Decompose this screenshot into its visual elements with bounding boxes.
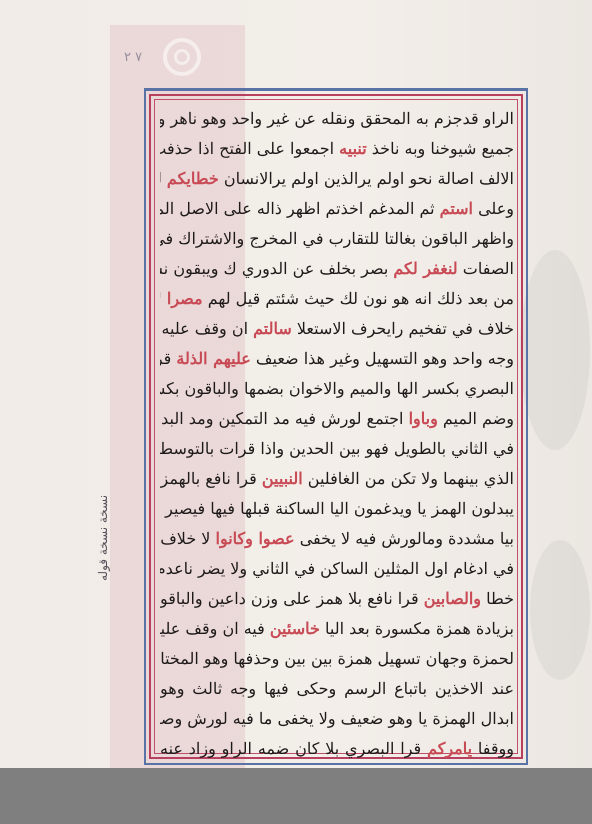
text-line: وعلى استم ثم المدغم اخذتم اظهر ذاله على … <box>160 194 514 224</box>
watermark-logo-icon <box>163 38 201 76</box>
rubric-word: عليهم الذلة <box>176 349 250 368</box>
line-text: بيا مشددة ومالورش فيه لا يخفى <box>300 529 514 548</box>
line-text: فيه ان وقف عليه <box>160 619 265 638</box>
rubric-word: النبيين <box>262 469 303 488</box>
line-text: البصري بكسر الها والميم والاخوان بضمها و… <box>160 379 514 398</box>
line-text: الذي بينهما ولا تكن من الغافلين <box>308 469 514 488</box>
rubric-word: يامركم <box>427 739 472 758</box>
text-line: ووقفا يامركم قرا البصري بلا كان ضمه الرا… <box>160 734 514 764</box>
line-text: الالف اصالة نحو اولم يرالذين اولم يرالان… <box>224 169 514 188</box>
text-line: واظهر الباقون بغالتا للتقارب في المخرج و… <box>160 224 514 254</box>
line-text: وعلى <box>478 199 514 218</box>
line-text: بزيادة همزة مكسورة بعد اليا <box>325 619 514 638</box>
rubric-word: لنغفر لكم <box>393 259 457 278</box>
line-text: قرا نافع بلا همز على وزن داعين والباقون <box>160 589 419 608</box>
text-line: وضم الميم وباوا اجتمع لورش فيه مد التمكي… <box>160 404 514 434</box>
rubric-word: خطايكم <box>167 169 219 188</box>
line-text: الراو قدجزم به المحقق ونقله عن غير واحد … <box>160 109 514 128</box>
line-text: اجمعوا على الفتح اذا حذفت <box>160 139 334 158</box>
line-text: جميع شيوخنا وبه ناخذ <box>372 139 514 158</box>
text-line: وجه واحد وهو التسهيل وغير هذا ضعيف عليهم… <box>160 344 514 374</box>
text-line: ابدال الهمزة يا وهو ضعيف ولا يخفى ما فيه… <box>160 704 514 734</box>
text-line: في ادغام اول المثلين الساكن في الثاني ول… <box>160 554 514 584</box>
text-line: لحمزة وجهان تسهيل همزة بين بين وحذفها وه… <box>160 644 514 674</box>
margin-note: نسخة نسخة قوله <box>96 495 120 625</box>
folio-mark: ٧ ٢ <box>124 50 142 65</box>
line-text: بصر بخلف عن الدوري ك ويبقون نسكم <box>160 259 388 278</box>
manuscript-page: ٧ ٢ الراو قدجزم به المحقق ونقله عن غير و… <box>0 0 592 768</box>
line-text: ثم المدغم اخذتم اظهر ذاله على الاصل المك… <box>160 199 435 218</box>
line-text: لورش <box>160 169 162 188</box>
text-line: البصري بكسر الها والميم والاخوان بضمها و… <box>160 374 514 404</box>
text-line: من بعد ذلك انه هو نون لك حيث شئتم قيل له… <box>160 284 514 314</box>
line-text: وجه واحد وهو التسهيل وغير هذا ضعيف <box>256 349 514 368</box>
rubric-word: عصوا وكانوا <box>216 529 295 548</box>
line-text: يبدلون الهمز يا ويدغمون اليا الساكنة قبل… <box>160 499 514 518</box>
text-line: خلاف في تفخيم رايحرف الاستعلا سالتم ان و… <box>160 314 514 344</box>
text-line: بيا مشددة ومالورش فيه لا يخفى عصوا وكانو… <box>160 524 514 554</box>
line-text: عند الاخذين باتباع الرسم وحكى فيها وجه ث… <box>160 679 514 698</box>
scan-bottom-band <box>0 768 592 824</box>
line-text: ووقفا <box>478 739 514 758</box>
line-text: في الثاني بالطويل فهو بين الحدين واذا قر… <box>160 439 514 458</box>
line-text: الصفات <box>463 259 514 278</box>
line-text: لا <box>160 289 162 308</box>
text-line: الصفات لنغفر لكم بصر بخلف عن الدوري ك وي… <box>160 254 514 284</box>
text-line: بزيادة همزة مكسورة بعد اليا خاسئين فيه ا… <box>160 614 514 644</box>
text-line: عند الاخذين باتباع الرسم وحكى فيها وجه ث… <box>160 674 514 704</box>
rubric-word: خاسئين <box>270 619 320 638</box>
line-text: واظهر الباقون بغالتا للتقارب في المخرج و… <box>160 229 514 248</box>
paper-stain <box>530 540 590 680</box>
text-line: خطا والصابين قرا نافع بلا همز على وزن دا… <box>160 584 514 614</box>
line-text: قرا نافع بالهمز والباقون <box>160 469 257 488</box>
line-text: لحمزة وجهان تسهيل همزة بين بين وحذفها وه… <box>160 649 514 668</box>
line-text: في ادغام اول المثلين الساكن في الثاني ول… <box>160 559 514 578</box>
line-text: ان وقف عليه لحمزة فيه <box>160 319 248 338</box>
text-line: جميع شيوخنا وبه ناخذ تنبيه اجمعوا على ال… <box>160 134 514 164</box>
rubric-word: سالتم <box>253 319 292 338</box>
text-line: في الثاني بالطويل فهو بين الحدين واذا قر… <box>160 434 514 464</box>
paper-stain <box>520 250 590 450</box>
line-text: ابدال الهمزة يا وهو ضعيف ولا يخفى ما فيه… <box>160 709 514 728</box>
line-text: اجتمع لورش فيه مد التمكين ومد البدل فاذا… <box>160 409 403 428</box>
line-text: لا خلاف بينهم <box>160 529 210 548</box>
rubric-word: والصابين <box>424 589 481 608</box>
manuscript-text-block: الراو قدجزم به المحقق ونقله عن غير واحد … <box>160 104 514 754</box>
text-line: الذي بينهما ولا تكن من الغافلين النبيين … <box>160 464 514 494</box>
text-line: يبدلون الهمز يا ويدغمون اليا الساكنة قبل… <box>160 494 514 524</box>
text-line: الالف اصالة نحو اولم يرالذين اولم يرالان… <box>160 164 514 194</box>
line-text: قرا <box>160 349 171 368</box>
line-text: قرا البصري بلا كان ضمه الراو وزاد عنه <box>160 739 421 758</box>
line-text: خطا <box>486 589 514 608</box>
rubric-word: استم <box>440 199 473 218</box>
line-text: من بعد ذلك انه هو نون لك حيث شئتم قيل له… <box>208 289 514 308</box>
text-line: الراو قدجزم به المحقق ونقله عن غير واحد … <box>160 104 514 134</box>
rubric-word: مصرا <box>167 289 203 308</box>
rubric-word: تنبيه <box>339 139 367 158</box>
line-text: خلاف في تفخيم رايحرف الاستعلا <box>297 319 514 338</box>
rubric-word: وباوا <box>409 409 438 428</box>
line-text: وضم الميم <box>443 409 514 428</box>
